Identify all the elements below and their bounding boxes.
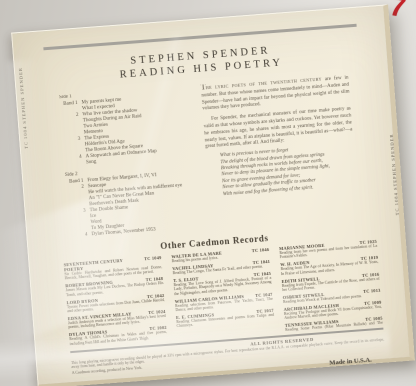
catalog-column-2: Walter de la Mare TC 1046 Reading his po… [171,247,275,340]
side1-rows: Band 1 My parents kept me What I expecte… [52,92,197,168]
made-in-usa: Made in U.S.A. [329,356,372,366]
band-number: 4 [61,232,91,240]
catalog-column-3: Marianne Moore TC 1025 Reading from her … [279,239,383,332]
tracklist: Side 1 Band 1 My parents kept me What I … [51,85,202,243]
album-cover: STEPHEN SPENDER READING HIS POETRY Side … [11,4,415,386]
album-back-cover-content: STEPHEN SPENDER READING HIS POETRY Side … [12,6,409,385]
band-number [56,160,86,168]
price-mark: 7 [388,0,409,24]
side2-rows: Band 1 From Elegy for Margaret, I, IV, V… [57,170,201,240]
catalog-column-1: Seventeenth Century Poetry TC 1049 Sir C… [64,255,168,348]
poem-quote: What is precious is never to forget The … [220,143,357,198]
photo-background: 7 STEPHEN SPENDER READING HIS POETRY Sid… [0,0,416,386]
spine-text-right: TC 1084 STEPHEN SPENDER [389,133,400,215]
liner-notes: The lyric poets of the twentieth century… [191,74,360,233]
main-columns: Side 1 Band 1 My parents kept me What I … [51,74,359,244]
